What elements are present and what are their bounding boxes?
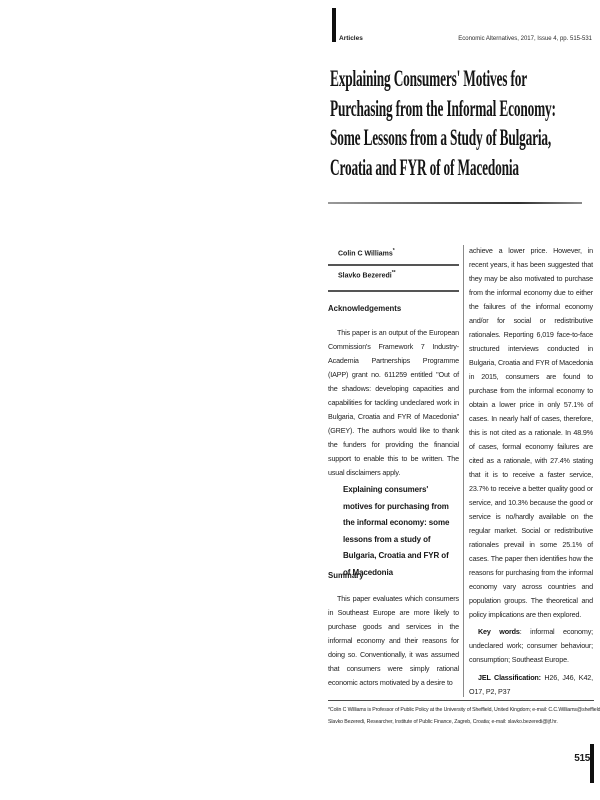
author-1-footnote-mark: * [393, 248, 395, 254]
page-number: 515 [568, 753, 590, 764]
article-callout: Explaining consumers' motives for purcha… [343, 482, 456, 581]
page-content: Articles Economic Alternatives, 2017, Is… [328, 0, 594, 800]
article-title-text: Explaining Consumers' Motives for Purcha… [330, 64, 596, 182]
jel-label: JEL Classification: [478, 673, 541, 682]
summary-heading: Summary [328, 571, 459, 580]
author-2-name: Slavko Bezeredi [338, 272, 392, 279]
journal-reference: Economic Alternatives, 2017, Issue 4, pp… [458, 36, 592, 42]
author-1-name: Colin C Williams [338, 250, 393, 257]
acknowledgements-heading: Acknowledgements [328, 304, 459, 313]
author-1-rule [328, 264, 459, 266]
acknowledgements-text: This paper is an output of the European … [328, 326, 459, 480]
section-label: Articles [339, 35, 363, 42]
abstract-continuation-text: achieve a lower price. However, in recen… [469, 244, 593, 622]
summary-text: This paper evaluates which consumers in … [328, 592, 459, 690]
summary-paragraph: This paper evaluates which consumers in … [328, 592, 459, 690]
acknowledgements-paragraph: This paper is an output of the European … [328, 326, 459, 480]
author-1: Colin C Williams* [338, 248, 395, 257]
footnote-2: Slavko Bezeredi, Researcher, Institute o… [328, 719, 594, 725]
article-title: Explaining Consumers' Motives for Purcha… [330, 64, 600, 182]
title-divider-rule [328, 202, 582, 204]
author-2-rule [328, 290, 459, 292]
keywords-paragraph: Key words: informal economy; undeclared … [469, 625, 593, 667]
footnote-divider-rule [328, 700, 594, 701]
footnote-1: *Colin C Williams is Professor of Public… [328, 707, 594, 713]
jel-paragraph: JEL Classification: H26, J46, K42, O17, … [469, 671, 593, 699]
page-number-bar [590, 744, 594, 783]
keywords-label: Key words [478, 627, 520, 636]
section-marker-bar [332, 8, 336, 42]
abstract-column: achieve a lower price. However, in recen… [469, 244, 593, 699]
author-2: Slavko Bezeredi** [338, 270, 396, 279]
column-divider-rule [463, 245, 464, 697]
author-2-footnote-mark: ** [392, 270, 396, 276]
